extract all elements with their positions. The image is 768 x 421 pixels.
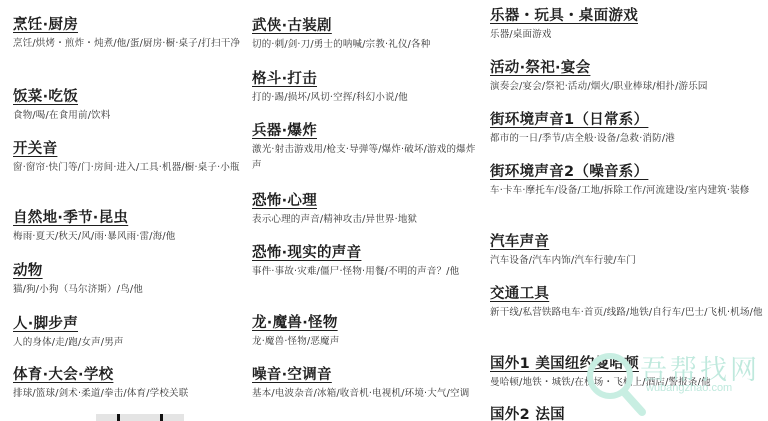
category-description: 切的·刺/剑·刀/勇士的呐喊/宗教·礼仪/各种	[252, 37, 477, 53]
category-description: 打的·踢/损坏/风切·空挥/科幻小说/他	[252, 90, 477, 106]
category-description: 曼哈顿/地铁・城铁/在机场・飞机上/酒店/警报条/他	[490, 375, 765, 391]
category-description: 新干线/私营铁路电车·首页/线路/地铁/自行车/巴士/飞机·机场/他	[490, 305, 765, 321]
category-description: 表示心理的声音/精神攻击/异世界·地狱	[252, 212, 477, 228]
category-link-noise-air-conditioning[interactable]: 噪音·空调音	[252, 366, 332, 384]
category-entry: 动物 猫/狗/小狗（马尔济斯）/鸟/他	[13, 260, 243, 298]
category-entry: 人·脚步声 人的身体/走/跑/女声/男声	[13, 313, 243, 351]
category-entry: 格斗·打击 打的·踢/损坏/风切·空挥/科幻小说/他	[252, 68, 477, 106]
category-entry: 街环境声音2（噪音系） 车·卡车·摩托车/设备/工地/拆除工作/河流建设/室内建…	[490, 161, 765, 199]
category-entry: 国外1 美国纽约曼哈顿 曼哈顿/地铁・城铁/在机场・飞机上/酒店/警报条/他	[490, 353, 765, 391]
category-description: 乐器/桌面游戏	[490, 27, 765, 43]
category-description: 基本/电波杂音/冰箱/收音机·电视机/环境·大气/空调	[252, 386, 477, 402]
category-description: 车·卡车·摩托车/设备/工地/拆除工作/河流建设/室内建筑·装修	[490, 183, 765, 199]
category-link-fighting-impact[interactable]: 格斗·打击	[252, 70, 317, 88]
category-description: 汽车设备/汽车内饰/汽车行驶/车门	[490, 253, 765, 269]
category-entry: 兵器·爆炸 激光·射击游戏用/枪支·导弹等/爆炸·破坏/游戏的爆炸声	[252, 120, 477, 174]
category-entry: 汽车声音 汽车设备/汽车内饰/汽车行驶/车门	[490, 231, 765, 269]
category-description: 演奏会/宴会/祭祀·活动/烟火/职业棒球/相扑/游乐园	[490, 79, 765, 95]
category-link-animals[interactable]: 动物	[13, 262, 43, 280]
category-description: 烹饪/烘烤・煎炸・炖煮/他/蛋/厨房·橱·桌子/打扫干净	[13, 36, 243, 52]
category-link-horror-psychological[interactable]: 恐怖·心理	[252, 192, 317, 210]
category-link-switch-sounds[interactable]: 开关音	[13, 140, 57, 158]
category-description: 梅雨·夏天/秋天/风/雨·暴风雨·雷/海/他	[13, 229, 243, 245]
category-description: 排球/篮球/剑术·柔道/拳击/体育/学校关联	[13, 386, 243, 402]
category-description: 事件·事故·灾难/僵尸·怪物·用餐/不明的声音？/他	[252, 264, 477, 280]
category-entry: 恐怖·现实的声音 事件·事故·灾难/僵尸·怪物·用餐/不明的声音？/他	[252, 242, 477, 280]
category-link-instruments-toys-games[interactable]: 乐器・玩具・桌面游戏	[490, 7, 638, 25]
category-link-street-ambience-daily[interactable]: 街环境声音1（日常系）	[490, 111, 648, 129]
category-link-cooking-kitchen[interactable]: 烹饪·厨房	[13, 16, 78, 34]
category-link-horror-realistic[interactable]: 恐怖·现实的声音	[252, 244, 361, 262]
category-entry: 活动·祭祀·宴会 演奏会/宴会/祭祀·活动/烟火/职业棒球/相扑/游乐园	[490, 57, 765, 95]
category-entry: 乐器・玩具・桌面游戏 乐器/桌面游戏	[490, 5, 765, 43]
category-link-nature-seasons-insects[interactable]: 自然地·季节·昆虫	[13, 209, 128, 227]
category-entry: 开关音 窗·窗帘·快门等/门·房间·进入/工具·机器/橱·桌子·小瓶	[13, 138, 243, 176]
category-link-events-festivals-banquets[interactable]: 活动·祭祀·宴会	[490, 59, 590, 77]
category-description: 人的身体/走/跑/女声/男声	[13, 335, 243, 351]
category-entry: 街环境声音1（日常系） 都市的一日/季节/店全般·设备/急救·消防/港	[490, 109, 765, 147]
category-description: 食物/喝/在食用前/饮料	[13, 108, 243, 124]
scroll-marker	[160, 414, 163, 421]
category-description: 龙·魔兽·怪物/恶魔声	[252, 334, 477, 350]
category-description: 窗·窗帘·快门等/门·房间·进入/工具·机器/橱·桌子·小瓶	[13, 160, 243, 176]
category-entry: 恐怖·心理 表示心理的声音/精神攻击/异世界·地狱	[252, 190, 477, 228]
category-entry: 武侠·古装剧 切的·刺/剑·刀/勇士的呐喊/宗教·礼仪/各种	[252, 15, 477, 53]
category-link-street-ambience-noise[interactable]: 街环境声音2（噪音系）	[490, 163, 648, 181]
category-link-people-footsteps[interactable]: 人·脚步声	[13, 315, 78, 333]
category-link-abroad-france[interactable]: 国外2 法国	[490, 406, 565, 421]
category-entry: 龙·魔兽·怪物 龙·魔兽·怪物/恶魔声	[252, 312, 477, 350]
category-link-weapons-explosions[interactable]: 兵器·爆炸	[252, 122, 317, 140]
category-link-car-sounds[interactable]: 汽车声音	[490, 233, 549, 251]
category-entry: 噪音·空调音 基本/电波杂音/冰箱/收音机·电视机/环境·大气/空调	[252, 364, 477, 402]
category-entry: 交通工具 新干线/私营铁路电车·首页/线路/地铁/自行车/巴士/飞机·机场/他	[490, 283, 765, 321]
scroll-marker	[117, 414, 120, 421]
category-link-abroad-new-york[interactable]: 国外1 美国纽约曼哈顿	[490, 355, 639, 373]
category-link-martial-arts-period-drama[interactable]: 武侠·古装剧	[252, 17, 332, 35]
category-link-transportation[interactable]: 交通工具	[490, 285, 549, 303]
category-link-meals[interactable]: 饭菜·吃饭	[13, 88, 78, 106]
category-entry: 体育·大会·学校 排球/篮球/剑术·柔道/拳击/体育/学校关联	[13, 364, 243, 402]
category-link-sports-school[interactable]: 体育·大会·学校	[13, 366, 113, 384]
category-link-dragons-monsters[interactable]: 龙·魔兽·怪物	[252, 314, 338, 332]
horizontal-scrollbar[interactable]	[96, 414, 184, 421]
category-description: 都市的一日/季节/店全般·设备/急救·消防/港	[490, 131, 765, 147]
category-entry: 饭菜·吃饭 食物/喝/在食用前/饮料	[13, 86, 243, 124]
category-description: 激光·射击游戏用/枪支·导弹等/爆炸·破坏/游戏的爆炸声	[252, 142, 477, 174]
category-entry: 国外2 法国	[490, 404, 765, 421]
category-entry: 自然地·季节·昆虫 梅雨·夏天/秋天/风/雨·暴风雨·雷/海/他	[13, 207, 243, 245]
category-entry: 烹饪·厨房 烹饪/烘烤・煎炸・炖煮/他/蛋/厨房·橱·桌子/打扫干净	[13, 14, 243, 52]
category-description: 猫/狗/小狗（马尔济斯）/鸟/他	[13, 282, 243, 298]
